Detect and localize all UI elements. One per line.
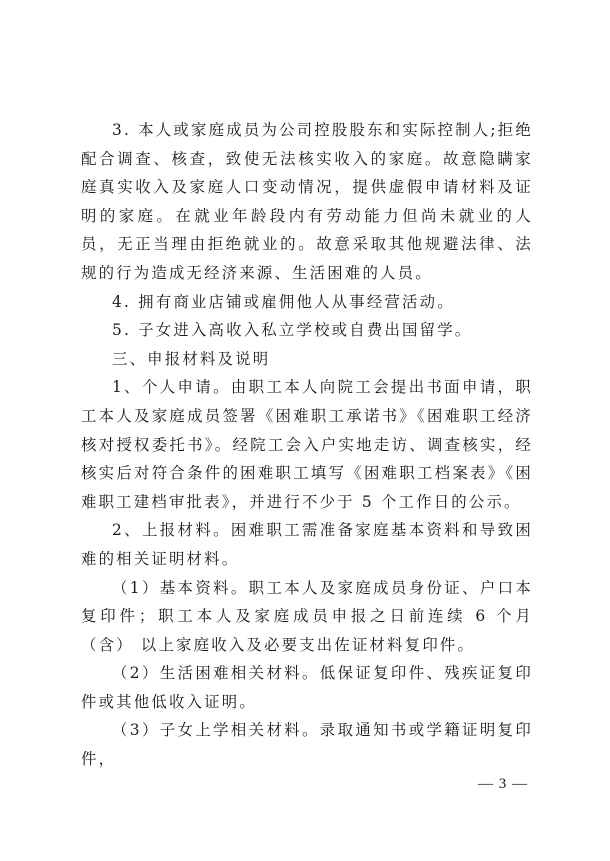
paragraph-item-4: 4. 拥有商业店铺或雇佣他人从事经营活动。 [81,288,533,317]
paragraph-hardship-materials: （2）生活困难相关材料。低保证复印件、残疾证复印件或其他低收入证明。 [81,659,533,716]
paragraph-submit-materials: 2、上报材料。困难职工需准备家庭基本资料和导致困难的相关证明材料。 [81,516,533,573]
section-heading: 三、申报材料及说明 [81,345,533,374]
page-number: — 3 — [478,776,528,793]
paragraph-personal-application: 1、个人申请。由职工本人向院工会提出书面申请，职工本人及家庭成员签署《困难职工承… [81,373,533,516]
paragraph-basic-info: （1）基本资料。职工本人及家庭成员身份证、户口本复印件；职工本人及家庭成员申报之… [81,574,533,660]
paragraph-item-3: 3. 本人或家庭成员为公司控股股东和实际控制人;拒绝配合调查、核查，致使无法核实… [81,116,533,288]
document-page: 3. 本人或家庭成员为公司控股股东和实际控制人;拒绝配合调查、核查，致使无法核实… [0,0,610,861]
document-body: 3. 本人或家庭成员为公司控股股东和实际控制人;拒绝配合调查、核查，致使无法核实… [81,116,533,774]
paragraph-school-materials: （3）子女上学相关材料。录取通知书或学籍证明复印件， [81,716,533,773]
paragraph-item-5: 5. 子女进入高收入私立学校或自费出国留学。 [81,316,533,345]
